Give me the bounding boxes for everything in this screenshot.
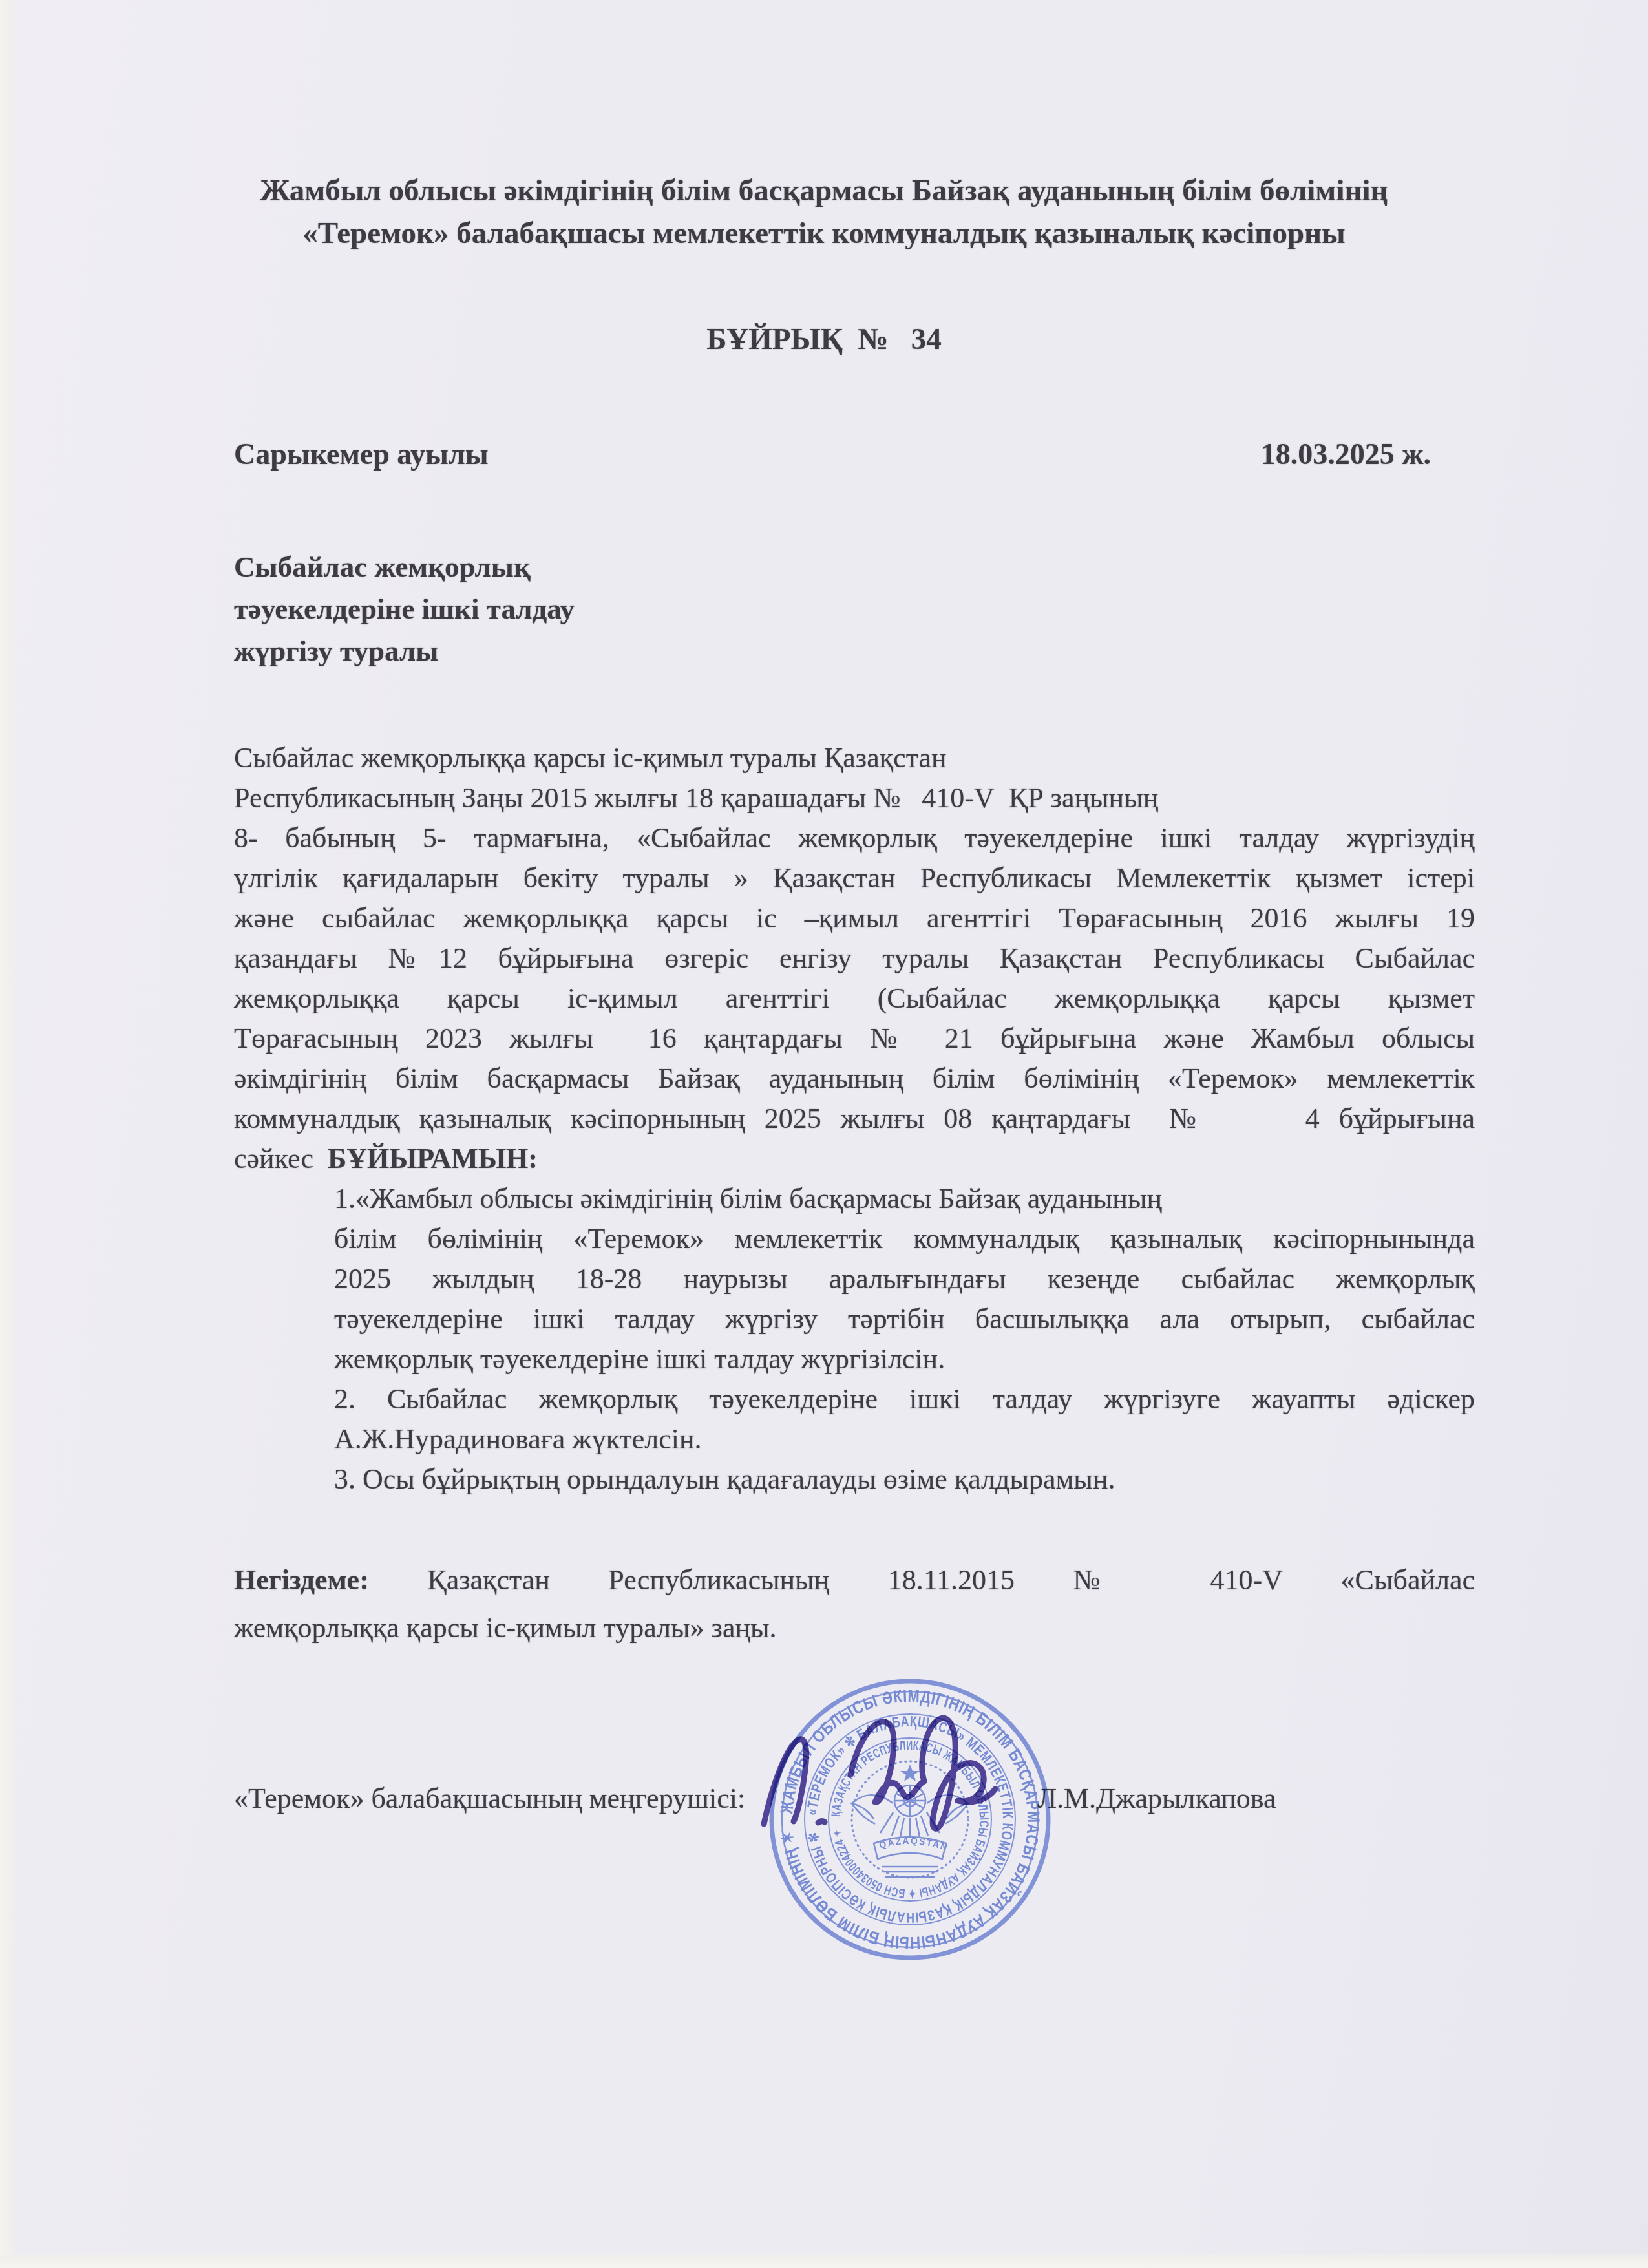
organization-header: Жамбыл облысы әкімдігінің білім басқарма… bbox=[229, 169, 1419, 255]
body-line: әкімдігінің білім басқармасы Байзақ ауда… bbox=[234, 1059, 1475, 1099]
basis-label: Негіздеме: bbox=[234, 1564, 369, 1596]
order-body: Сыбайлас жемқорлыққа қарсы іс-қимыл тура… bbox=[234, 738, 1475, 1500]
signatory-title: «Теремок» балабақшасының меңгерушісі: bbox=[234, 1783, 745, 1814]
organization-header-line1: Жамбыл облысы әкімдігінің білім басқарма… bbox=[229, 169, 1419, 212]
body-line: Республикасының Заңы 2015 жылғы 18 қараш… bbox=[234, 778, 1475, 818]
list-item-line: жемқорлық тәуекелдеріне ішкі талдау жүрг… bbox=[334, 1339, 1475, 1379]
order-title: БҰЙРЫҚ № 34 bbox=[229, 322, 1419, 357]
list-item-line: тәуекелдеріне ішкі талдау жүргізу тәртіб… bbox=[334, 1299, 1475, 1339]
list-item-line: білім бөлімінің «Теремок» мемлекеттік ко… bbox=[334, 1219, 1475, 1259]
body-line: үлгілік қағидаларын бекіту туралы » Қаза… bbox=[234, 858, 1475, 898]
list-item-line: 2025 жылдың 18-28 наурызы аралығындағы к… bbox=[334, 1259, 1475, 1299]
scanned-order-document: Жамбыл облысы әкімдігінің білім басқарма… bbox=[0, 0, 1648, 2268]
list-item-line: 1.«Жамбыл облысы әкімдігінің білім басқа… bbox=[334, 1179, 1475, 1219]
resolution-lead: сәйкес bbox=[234, 1143, 328, 1174]
body-line: Төрағасының 2023 жылғы 16 қаңтардағы № 2… bbox=[234, 1019, 1475, 1059]
list-item-line: 2. Сыбайлас жемқорлық тәуекелдеріне ішкі… bbox=[334, 1379, 1475, 1419]
organization-header-line2: «Теремок» балабақшасы мемлекеттік коммун… bbox=[229, 212, 1419, 255]
legal-basis: Негіздеме: Қазақстан Республикасының 18.… bbox=[234, 1556, 1475, 1652]
basis-line1: Негіздеме: Қазақстан Республикасының 18.… bbox=[234, 1556, 1475, 1604]
scan-edge-bottom bbox=[0, 2252, 1648, 2268]
place-date-row: Сарыкемер ауылы 18.03.2025 ж. bbox=[234, 437, 1431, 471]
list-item-line: А.Ж.Нурадиноваға жүктелсін. bbox=[334, 1419, 1475, 1459]
order-date: 18.03.2025 ж. bbox=[1261, 437, 1431, 471]
resolution-verb: БҰЙЫРАМЫН: bbox=[328, 1143, 538, 1174]
handwritten-signature bbox=[724, 1661, 1099, 1894]
basis-line2: жемқорлыққа қарсы іс-қимыл туралы» заңы. bbox=[234, 1604, 1475, 1652]
body-line: қазандағы №12 бұйрығына өзгеріс енгізу т… bbox=[234, 938, 1475, 979]
basis-text: Қазақстан Республикасының 18.11.2015 № 4… bbox=[369, 1564, 1475, 1596]
list-item-line: 3. Осы бұйрықтың орындалуын қадағалауды … bbox=[334, 1459, 1475, 1500]
subject-line: тәуекелдеріне ішкі талдау bbox=[234, 588, 1139, 630]
subject-line: Сыбайлас жемқорлық bbox=[234, 546, 1139, 588]
body-line: Сыбайлас жемқорлыққа қарсы іс-қимыл тура… bbox=[234, 738, 1475, 778]
body-line: коммуналдық қазыналық кәсіпорнының 2025 … bbox=[234, 1099, 1475, 1139]
place-name: Сарыкемер ауылы bbox=[234, 437, 489, 471]
body-line: және сыбайлас жемқорлыққа қарсы іс –қимы… bbox=[234, 898, 1475, 938]
subject-line: жүргізу туралы bbox=[234, 630, 1139, 672]
body-line: жемқорлыққа қарсы іс-қимыл агенттігі (Сы… bbox=[234, 979, 1475, 1019]
resolution-line: сәйкес БҰЙЫРАМЫН: bbox=[234, 1139, 1475, 1179]
order-subject: Сыбайлас жемқорлық тәуекелдеріне ішкі та… bbox=[234, 546, 1139, 672]
body-line: 8- бабының 5- тармағына, «Сыбайлас жемқо… bbox=[234, 818, 1475, 858]
scan-edge-left bbox=[0, 0, 16, 2268]
